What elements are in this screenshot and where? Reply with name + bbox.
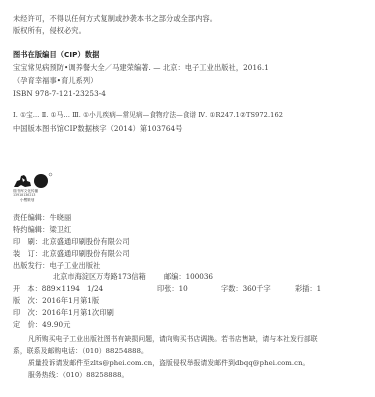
credit-special-editor: 特约编辑：梁卫红 bbox=[13, 225, 71, 234]
credit-format: 开 本：889×1194 1/24 bbox=[13, 284, 103, 293]
credit-edition: 版 次：2016年1月第1版 bbox=[13, 296, 99, 305]
logo-text-phone: 13910136213 bbox=[13, 193, 35, 197]
copyright-line-1: 未经许可，不得以任何方式复制或抄袭本书之部分或全部内容。 bbox=[13, 14, 217, 23]
footer-para3: 服务热线：（010）88258888。 bbox=[28, 371, 128, 380]
footer-para2: 质量投诉请发邮件至zlts@phei.com.cn，盗版侵权举报请发邮件到dbq… bbox=[28, 359, 309, 368]
logo-text-planner: 小鹭策划 bbox=[20, 198, 34, 202]
publisher-logo-icon bbox=[13, 172, 53, 189]
credit-publisher: 出版发行：电子工业出版社 bbox=[13, 261, 100, 270]
credit-impression: 印 次：2016年1月第1次印刷 bbox=[13, 308, 114, 317]
credit-sheets: 印张：10 bbox=[157, 284, 188, 293]
copyright-line-2: 版权所有，侵权必究。 bbox=[13, 26, 86, 35]
cip-heading: 图书在版编目（CIP）数据 bbox=[13, 50, 99, 59]
cip-classification: Ⅰ. ①宝… Ⅱ. ①马… Ⅲ. ①小儿疾病—常见病—食物疗法—食谱 Ⅳ. ①R… bbox=[13, 111, 283, 120]
cip-number: 中国版本图书馆CIP数据核字（2014）第103764号 bbox=[13, 124, 183, 133]
credit-editor: 责任编辑：牛晓丽 bbox=[13, 213, 71, 222]
credit-printer: 印 刷：北京盛通印刷股份有限公司 bbox=[13, 237, 130, 246]
credit-address: 北京市海淀区万寿路173信箱 bbox=[53, 272, 146, 281]
credit-color-plates: 彩插：1 bbox=[295, 284, 321, 293]
credit-binder: 装 订：北京盛通印刷股份有限公司 bbox=[13, 249, 130, 258]
footer-para1-line1: 凡所购买电子工业出版社图书有缺损问题，请向购买书店调换。若书店售缺，请与本社发行… bbox=[28, 335, 318, 344]
credit-price: 定 价：49.90元 bbox=[13, 320, 71, 329]
footer-para1-line2: 系，联系及邮购电话：（010）88254888。 bbox=[13, 347, 148, 356]
cip-title-line: 宝宝常见病预防•调养餐大全／马建荣编著. — 北京：电子工业出版社，2016.1 bbox=[13, 63, 269, 72]
credit-postcode: 邮编：100036 bbox=[164, 272, 213, 281]
publisher-logo: 瑞书库文化传播 13910136213 小鹭策划 bbox=[13, 172, 53, 204]
credit-word-count: 字数：360千字 bbox=[221, 284, 271, 293]
cip-isbn: ISBN 978-7-121-23253-4 bbox=[13, 89, 106, 98]
cip-series-line: （孕育幸福事•育儿系列） bbox=[13, 76, 98, 85]
